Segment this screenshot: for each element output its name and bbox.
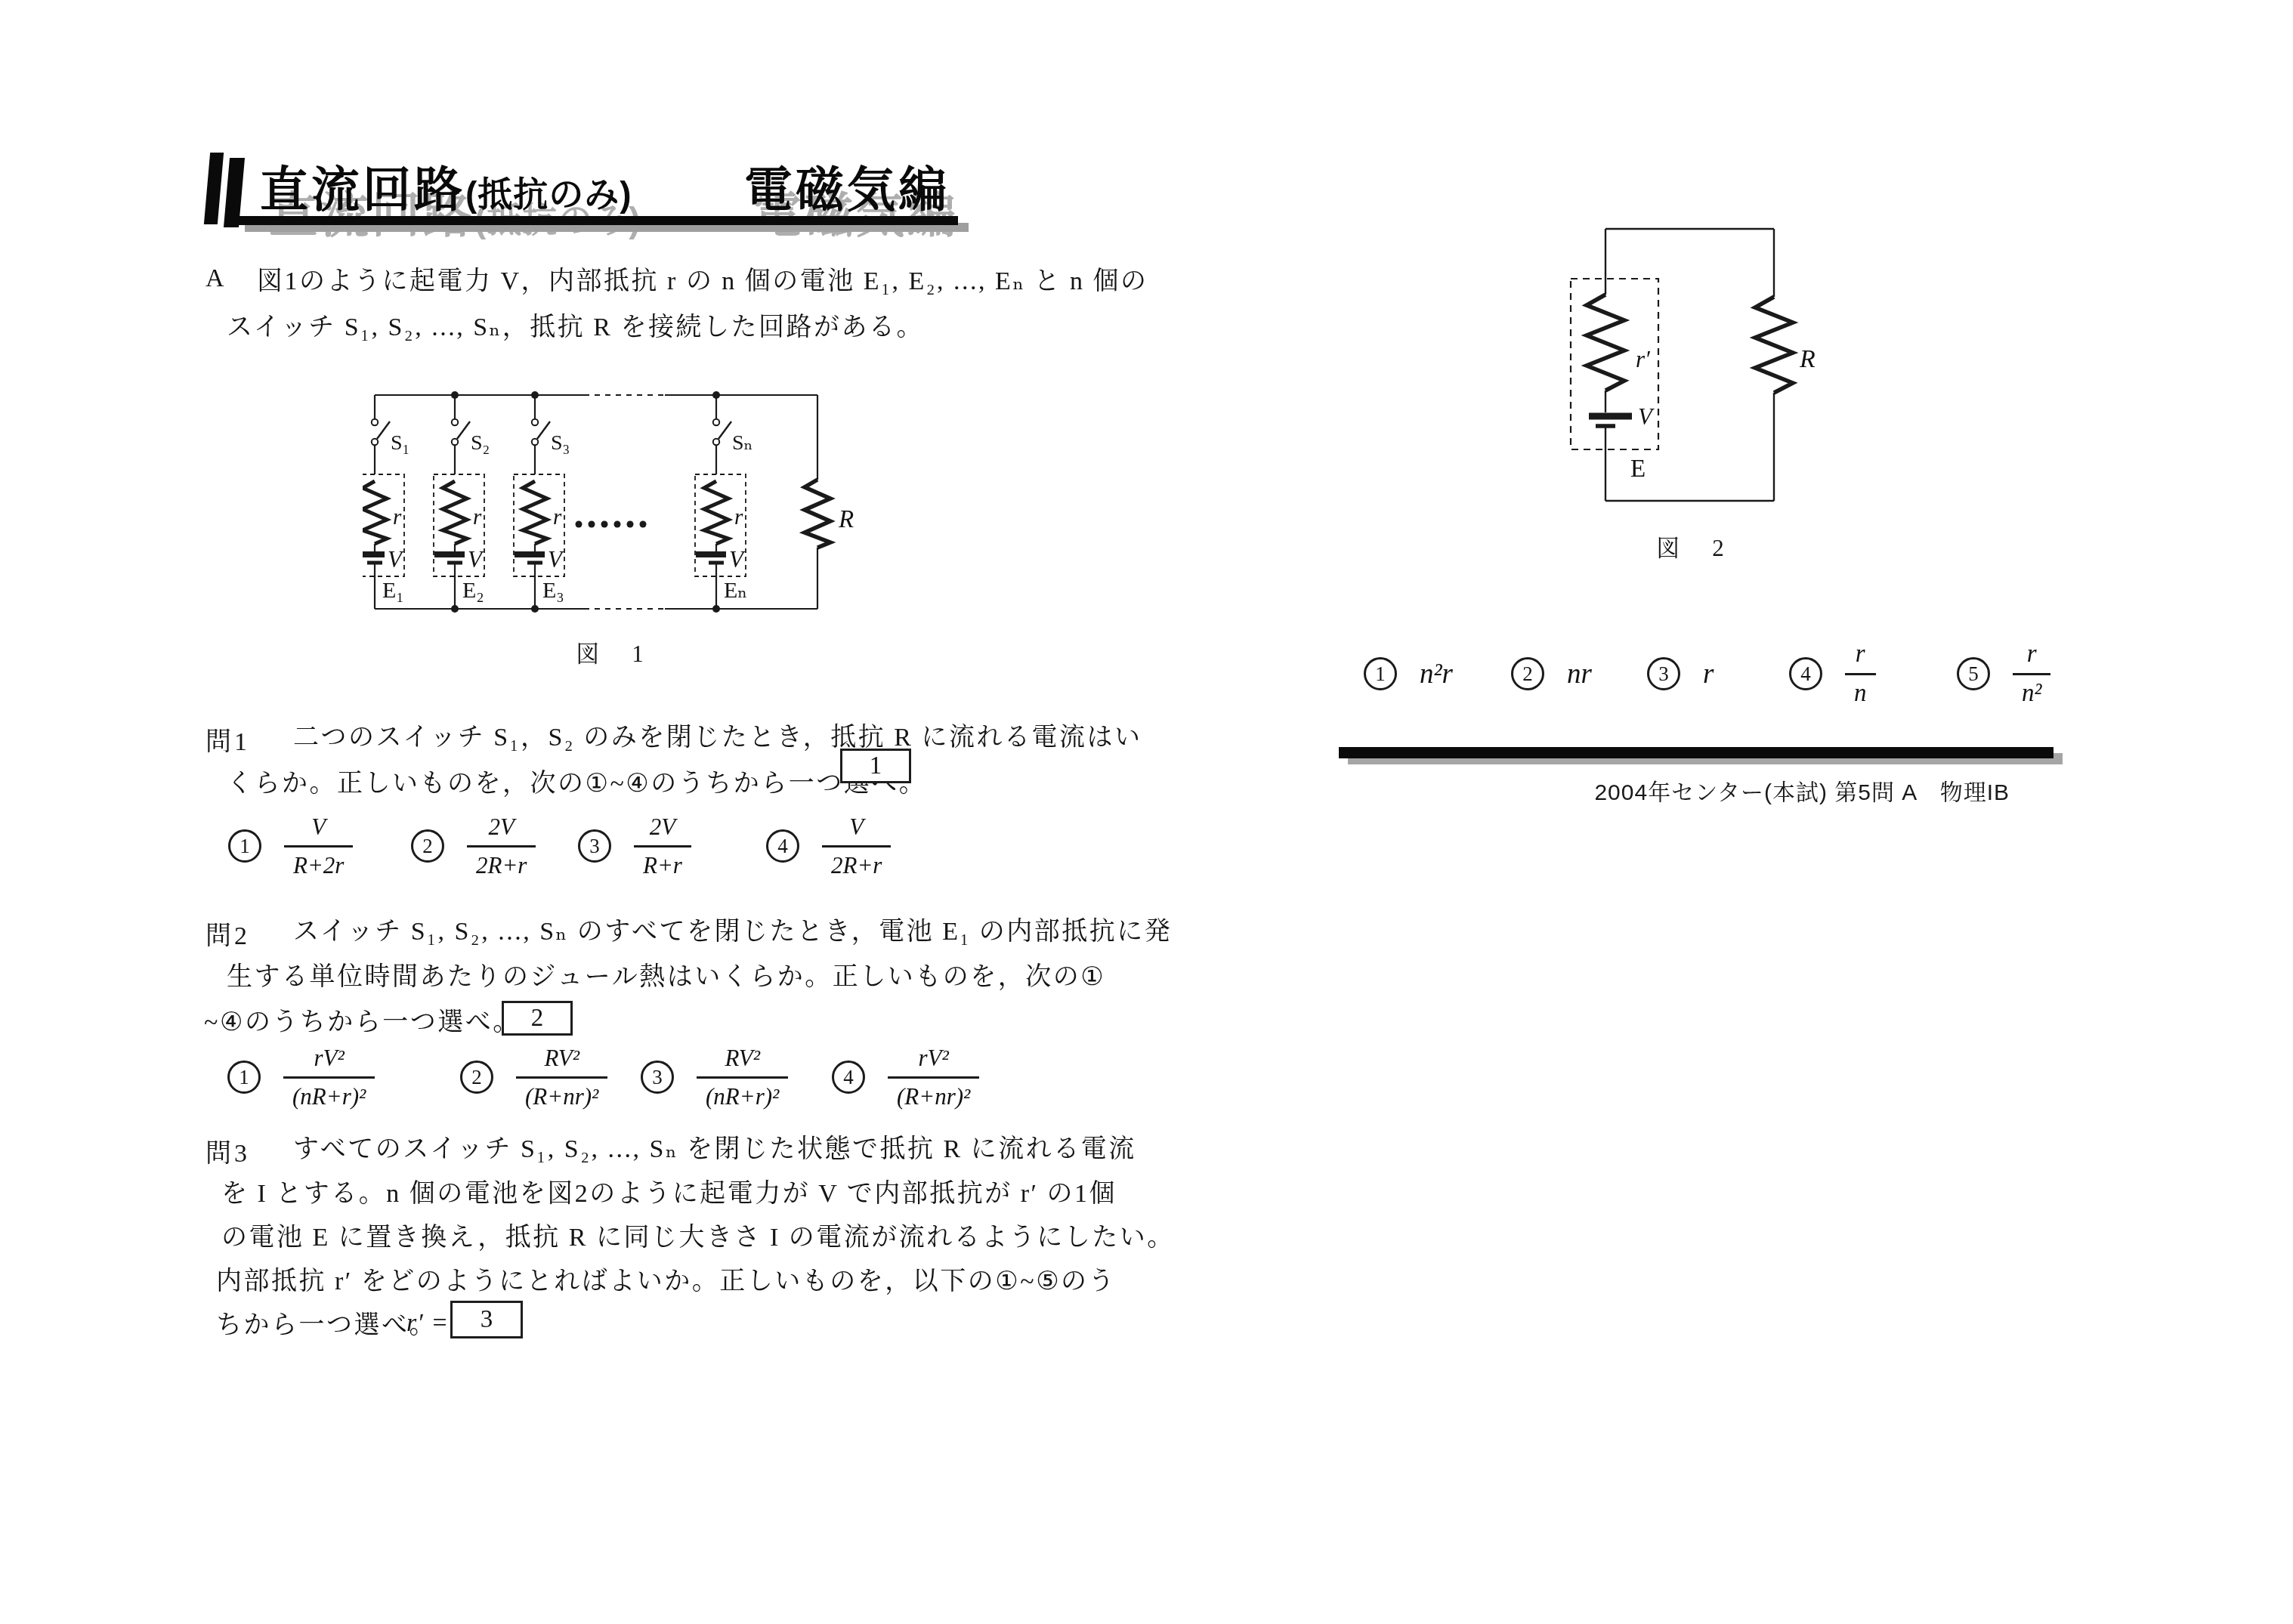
fraction-numerator: V	[302, 814, 335, 845]
fraction-denominator: n²	[2013, 673, 2050, 708]
fraction-numerator: 2V	[479, 814, 523, 845]
fraction-denominator: (nR+r)²	[283, 1076, 375, 1110]
option-number: 3	[578, 829, 611, 863]
resistor-icon	[704, 481, 728, 544]
internal-resistance-label: r	[734, 505, 743, 529]
battery-icon	[696, 554, 726, 563]
fraction-numerator: rV²	[910, 1045, 958, 1076]
option-number: 1	[228, 829, 261, 863]
fraction-denominator: (R+nr)²	[888, 1076, 979, 1110]
resistor-icon	[443, 481, 467, 544]
option-formula: RV² (R+nr)²	[516, 1045, 607, 1110]
cell-label: Eₙ	[724, 578, 747, 603]
q2-label: 問2	[206, 915, 250, 952]
source-citation: 2004年センター(本試) 第5問 A 物理IB	[1587, 773, 2010, 807]
switch-label: S₂	[471, 431, 490, 455]
q3-line-4: 内部抵抗 r′ をどのようにとればよいか。正しいものを，以下の①~⑤のう	[216, 1264, 1116, 1299]
q1-line-2: くらか。正しいものを，次の①~④のうちから一つ選べ。	[227, 767, 926, 801]
option-formula: rV² (nR+r)²	[283, 1045, 375, 1110]
cell-label: E₂	[462, 578, 484, 603]
option-formula: r n²	[2013, 641, 2050, 708]
q2-line-3: ~④のうちから一つ選べ。	[204, 1005, 521, 1040]
resistor-icon	[1587, 295, 1624, 391]
load-branch: R	[805, 395, 854, 609]
switch-label: Sₙ	[732, 431, 753, 455]
option-formula: 2V R+r	[634, 814, 691, 879]
emf-label: V	[729, 546, 746, 573]
fraction-numerator: r	[2018, 641, 2046, 673]
option-formula: RV² (nR+r)²	[697, 1045, 788, 1110]
fraction-numerator: V	[840, 814, 873, 845]
fraction-denominator: 2R+r	[467, 845, 536, 879]
q2-option-1: 1 rV² (nR+r)²	[227, 1041, 375, 1113]
switch-icon	[452, 419, 470, 445]
fraction-denominator: (R+nr)²	[516, 1076, 607, 1110]
q2-option-3: 3 RV² (nR+r)²	[641, 1041, 788, 1113]
resistor-icon	[523, 481, 547, 544]
q1-answer-box: 1	[840, 749, 911, 783]
emf-label: V	[548, 546, 564, 573]
fraction-numerator: RV²	[535, 1045, 589, 1076]
battery-icon	[363, 554, 385, 563]
option-number: 1	[1364, 657, 1397, 690]
option-formula: r	[1703, 658, 1714, 690]
fraction-denominator: R+2r	[284, 845, 353, 879]
problem-label: A	[206, 264, 227, 293]
switch-label: S₁	[391, 431, 409, 455]
switch-label: S₃	[551, 431, 570, 455]
option-formula: n²r	[1420, 658, 1453, 690]
q2-option-2: 2 RV² (R+nr)²	[460, 1041, 607, 1113]
page-title: 直流回路(抵抗のみ)	[260, 151, 632, 221]
option-number: 4	[766, 829, 799, 863]
q3-option-2: 2 nr	[1511, 638, 1592, 710]
resistor-icon	[363, 481, 387, 544]
fraction-denominator: (nR+r)²	[697, 1076, 788, 1110]
worksheet-page: 直流回路(抵抗のみ) 直流回路(抵抗のみ) 電磁気編 電磁気編 A 図1のように…	[0, 0, 2293, 1624]
q3-answer-box: 3	[450, 1301, 523, 1338]
q2-answer-box: 2	[502, 1001, 573, 1036]
header-accent-bar	[204, 153, 224, 224]
q1-option-2: 2 2V 2R+r	[411, 810, 536, 882]
q1-option-3: 3 2V R+r	[578, 810, 691, 882]
fraction-numerator: RV²	[715, 1045, 769, 1076]
option-formula: V R+2r	[284, 814, 353, 879]
q3-label: 問3	[206, 1132, 250, 1169]
option-number: 4	[1789, 657, 1822, 690]
q3-line-5: ちから一つ選べ。	[216, 1308, 437, 1343]
option-formula: 2V 2R+r	[467, 814, 536, 879]
figure1-circuit: S₁ r V E₁ S₂ r V E₂	[363, 384, 861, 618]
junction-dots	[451, 391, 720, 613]
option-number: 3	[1647, 657, 1680, 690]
fraction-numerator: 2V	[641, 814, 685, 845]
battery-icon	[1589, 416, 1632, 426]
option-number: 2	[1511, 657, 1544, 690]
section-title: 電磁気編	[744, 151, 950, 221]
internal-resistance-label: r	[393, 505, 402, 529]
option-number: 2	[460, 1061, 493, 1094]
q1-line-1: 二つのスイッチ S₁，S₂ のみを閉じたとき，抵抗 R に流れる電流はい	[293, 721, 1142, 755]
option-number: 1	[227, 1061, 261, 1094]
q1-option-1: 1 V R+2r	[228, 810, 353, 882]
internal-resistance-label: r	[553, 505, 562, 529]
figure2-caption: 図 2	[1556, 529, 1828, 563]
option-number: 5	[1957, 657, 1990, 690]
load-label: R	[838, 506, 854, 533]
option-formula: V 2R+r	[822, 814, 891, 879]
q3-line-2: を I とする。n 個の電池を図2のように起電力が V で内部抵抗が r′ の1…	[221, 1177, 1117, 1212]
q2-line-1: スイッチ S₁, S₂, ..., Sₙ のすべてを閉じたとき，電池 E₁ の内…	[293, 915, 1172, 949]
internal-resistance-label: r	[473, 505, 482, 529]
q3-option-1: 1 n²r	[1364, 638, 1453, 710]
figure2-circuit: r′ V E R	[1556, 219, 1828, 514]
switch-icon	[532, 419, 550, 445]
option-formula: nr	[1567, 658, 1592, 690]
load-label: R	[1799, 345, 1816, 373]
option-formula: r n	[1845, 641, 1876, 708]
fraction-denominator: R+r	[634, 845, 691, 879]
battery-icon	[515, 554, 545, 563]
switch-icon	[372, 419, 390, 445]
option-number: 2	[411, 829, 444, 863]
q3-line-3: の電池 E に置き換え，抵抗 R に同じ大きさ I の電流が流れるようにしたい。	[221, 1221, 1175, 1255]
fraction-numerator: rV²	[305, 1045, 354, 1076]
option-number: 4	[832, 1061, 865, 1094]
cell-label: E₃	[542, 578, 564, 603]
battery-branch-n: Sₙ r V Eₙ	[695, 395, 753, 609]
fraction-denominator: n	[1845, 673, 1876, 708]
internal-resistance-label: r′	[1636, 346, 1651, 372]
q1-option-4: 4 V 2R+r	[766, 810, 891, 882]
switch-icon	[713, 419, 731, 445]
emf-label: V	[1638, 403, 1655, 430]
q2-option-4: 4 rV² (R+nr)²	[832, 1041, 979, 1113]
battery-icon	[434, 554, 465, 563]
continuation-dots	[576, 521, 647, 528]
q3-answer-prefix: r′ =	[406, 1306, 449, 1341]
battery-branch-2: S₂ r V E₂	[434, 395, 490, 609]
q3-option-3: 3 r	[1647, 638, 1714, 710]
fraction-denominator: 2R+r	[822, 845, 891, 879]
emf-label: V	[388, 546, 404, 573]
q3-line-1: すべてのスイッチ S₁, S₂, ..., Sₙ を閉じた状態で抵抗 R に流れ…	[293, 1132, 1136, 1167]
cell-label: E₁	[382, 578, 404, 603]
q3-option-5: 5 r n²	[1957, 638, 2050, 710]
figure1-caption: 図 1	[363, 634, 861, 668]
emf-label: V	[468, 546, 484, 573]
option-formula: rV² (R+nr)²	[888, 1045, 979, 1110]
option-number: 3	[641, 1061, 674, 1094]
intro-line-1: 図1のように起電力 V，内部抵抗 r の n 個の電池 E₁, E₂, ...,…	[257, 264, 1148, 299]
battery-branch-1: S₁ r V E₁	[363, 395, 409, 609]
resistor-icon	[805, 480, 830, 548]
q1-label: 問1	[206, 721, 250, 758]
fraction-numerator: r	[1846, 641, 1874, 673]
q3-option-4: 4 r n	[1789, 638, 1876, 710]
footer-rule	[1339, 747, 2054, 758]
q2-line-2: 生する単位時間あたりのジュール熱はいくらか。正しいものを，次の①	[227, 960, 1105, 995]
battery-branch-3: S₃ r V E₃	[514, 395, 570, 609]
cell-label: E	[1630, 455, 1646, 483]
intro-line-2: スイッチ S₁, S₂, ..., Sₙ，抵抗 R を接続した回路がある。	[227, 310, 924, 345]
resistor-icon	[1755, 297, 1793, 393]
